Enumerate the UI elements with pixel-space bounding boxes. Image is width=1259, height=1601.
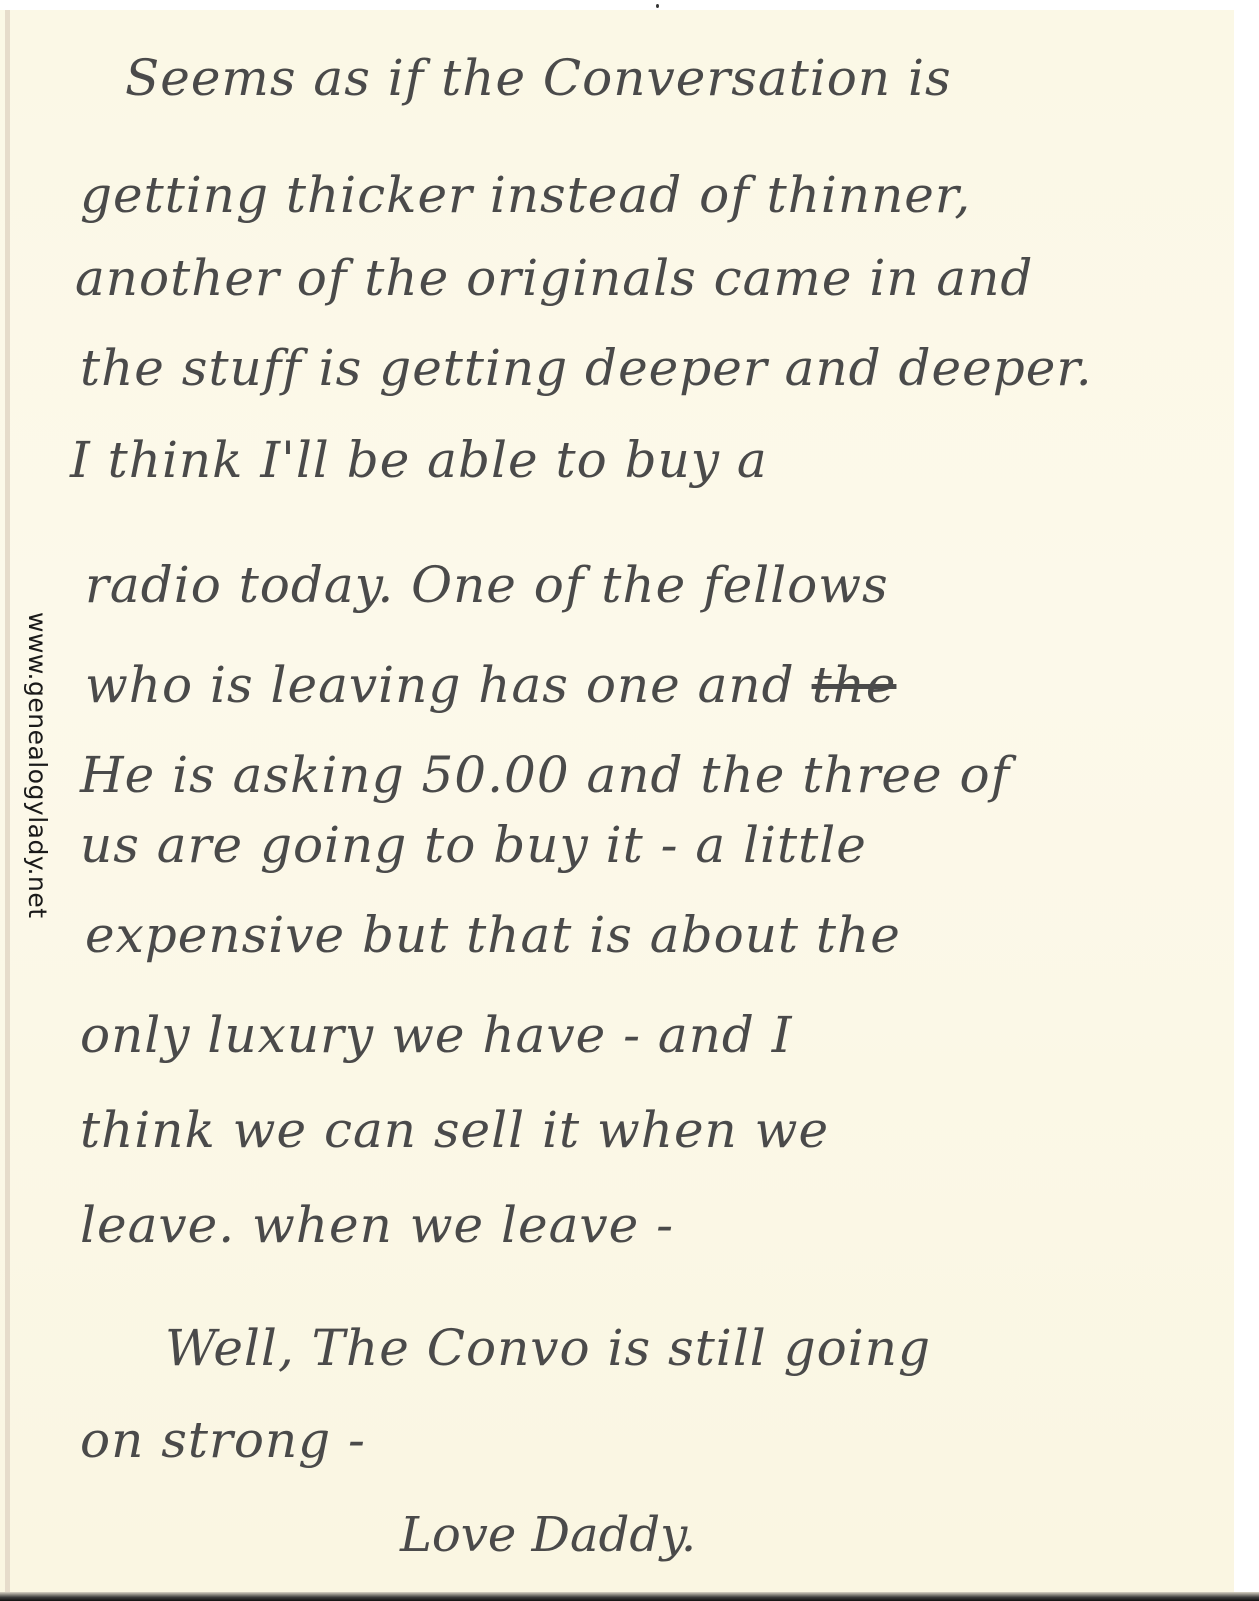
letter-line-2: getting thicker instead of thinner, xyxy=(80,165,1160,225)
struck-word: the xyxy=(812,656,897,714)
letter-line-13: leave. when we leave - xyxy=(80,1195,674,1255)
letter-line-3: another of the originals came in and xyxy=(75,248,1195,308)
letter-signature: Love Daddy. xyxy=(400,1505,696,1565)
letter-line-9: us are going to buy it - a little xyxy=(80,815,867,875)
letter-line-7-text: who is leaving has one and xyxy=(85,656,795,714)
letter-line-6: radio today. One of the fellows xyxy=(85,555,889,615)
letter-line-12: think we can sell it when we xyxy=(80,1100,829,1160)
letter-line-10: expensive but that is about the xyxy=(85,905,901,965)
letter-body: Seems as if the Conversation is getting … xyxy=(0,0,1234,1590)
letter-line-1: Seems as if the Conversation is xyxy=(125,48,1055,108)
letter-line-7: who is leaving has one and the xyxy=(85,655,896,715)
letter-line-4: the stuff is getting deeper and deeper. xyxy=(80,338,1190,398)
scan-bottom-edge xyxy=(0,1592,1259,1601)
letter-line-14: Well, The Convo is still going xyxy=(165,1318,931,1378)
letter-line-8: He is asking 50.00 and the three of xyxy=(80,745,1010,805)
letter-line-15: on strong - xyxy=(80,1410,366,1470)
letter-line-5: I think I'll be able to buy a xyxy=(70,430,768,490)
letter-line-11: only luxury we have - and I xyxy=(80,1005,793,1065)
